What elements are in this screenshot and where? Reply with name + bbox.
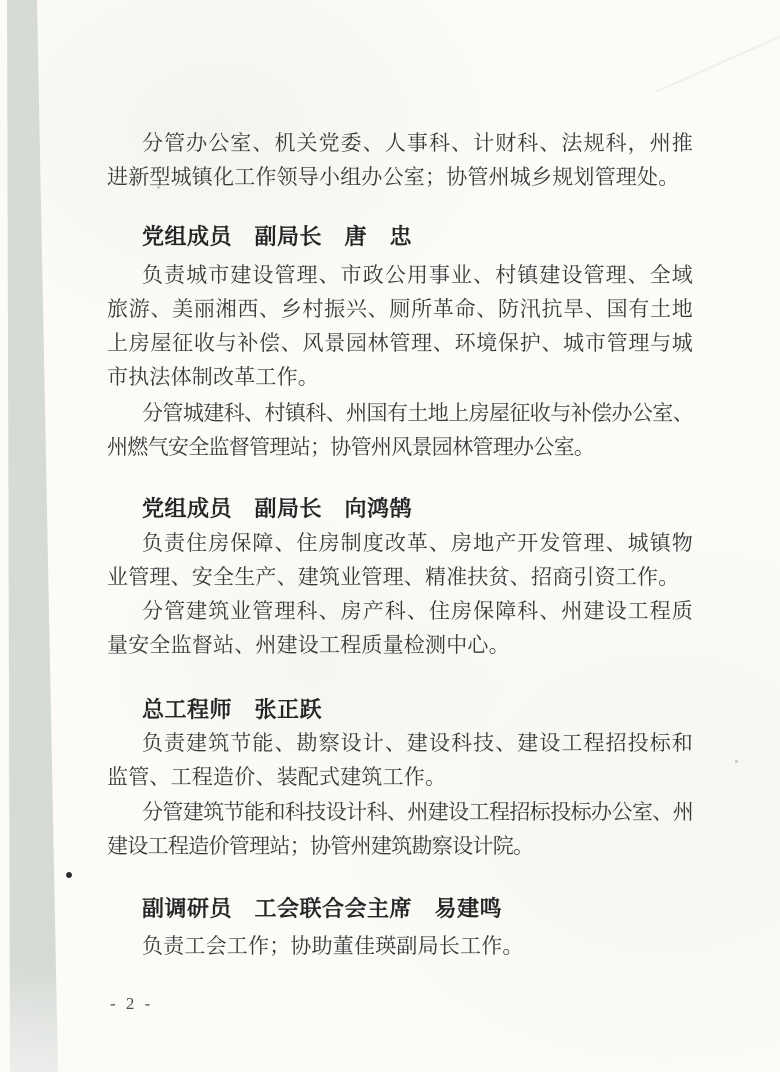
ink-speck [66,872,72,878]
official-4-heading: 副调研员 工会联合会主席 易建鸣 [107,892,693,926]
intro-paragraph: 分管办公室、机关党委、人事科、计财科、法规科，州推进新型城镇化工作领导小组办公室… [107,126,693,194]
page-number: - 2 - [110,994,153,1014]
scan-speck [157,186,160,189]
scanned-document-page: 分管办公室、机关党委、人事科、计财科、法规科，州推进新型城镇化工作领导小组办公室… [0,0,780,1072]
official-1-assignments: 分管城建科、村镇科、州国有土地上房屋征收与补偿办公室、州燃气安全监督管理站；协管… [107,396,693,464]
official-1-heading: 党组成员 副局长 唐 忠 [107,220,693,254]
official-2-assignments: 分管建筑业管理科、房产科、住房保障科、州建设工程质量安全监督站、州建设工程质量检… [107,594,693,662]
official-2-duties: 负责住房保障、住房制度改革、房地产开发管理、城镇物业管理、安全生产、建筑业管理、… [107,526,693,594]
scan-speck [735,760,738,763]
official-2-heading: 党组成员 副局长 向鸿鹄 [107,492,693,526]
official-3-heading: 总工程师 张正跃 [107,693,693,727]
official-4-duties: 负责工会工作；协助董佳瑛副局长工作。 [107,929,693,963]
official-1-duties: 负责城市建设管理、市政公用事业、村镇建设管理、全域旅游、美丽湘西、乡村振兴、厕所… [107,258,693,394]
official-3-duties: 负责建筑节能、勘察设计、建设科技、建设工程招投标和监管、工程造价、装配式建筑工作… [107,726,693,794]
official-3-assignments: 分管建筑节能和科技设计科、州建设工程招标投标办公室、州建设工程造价管理站；协管州… [107,795,693,863]
